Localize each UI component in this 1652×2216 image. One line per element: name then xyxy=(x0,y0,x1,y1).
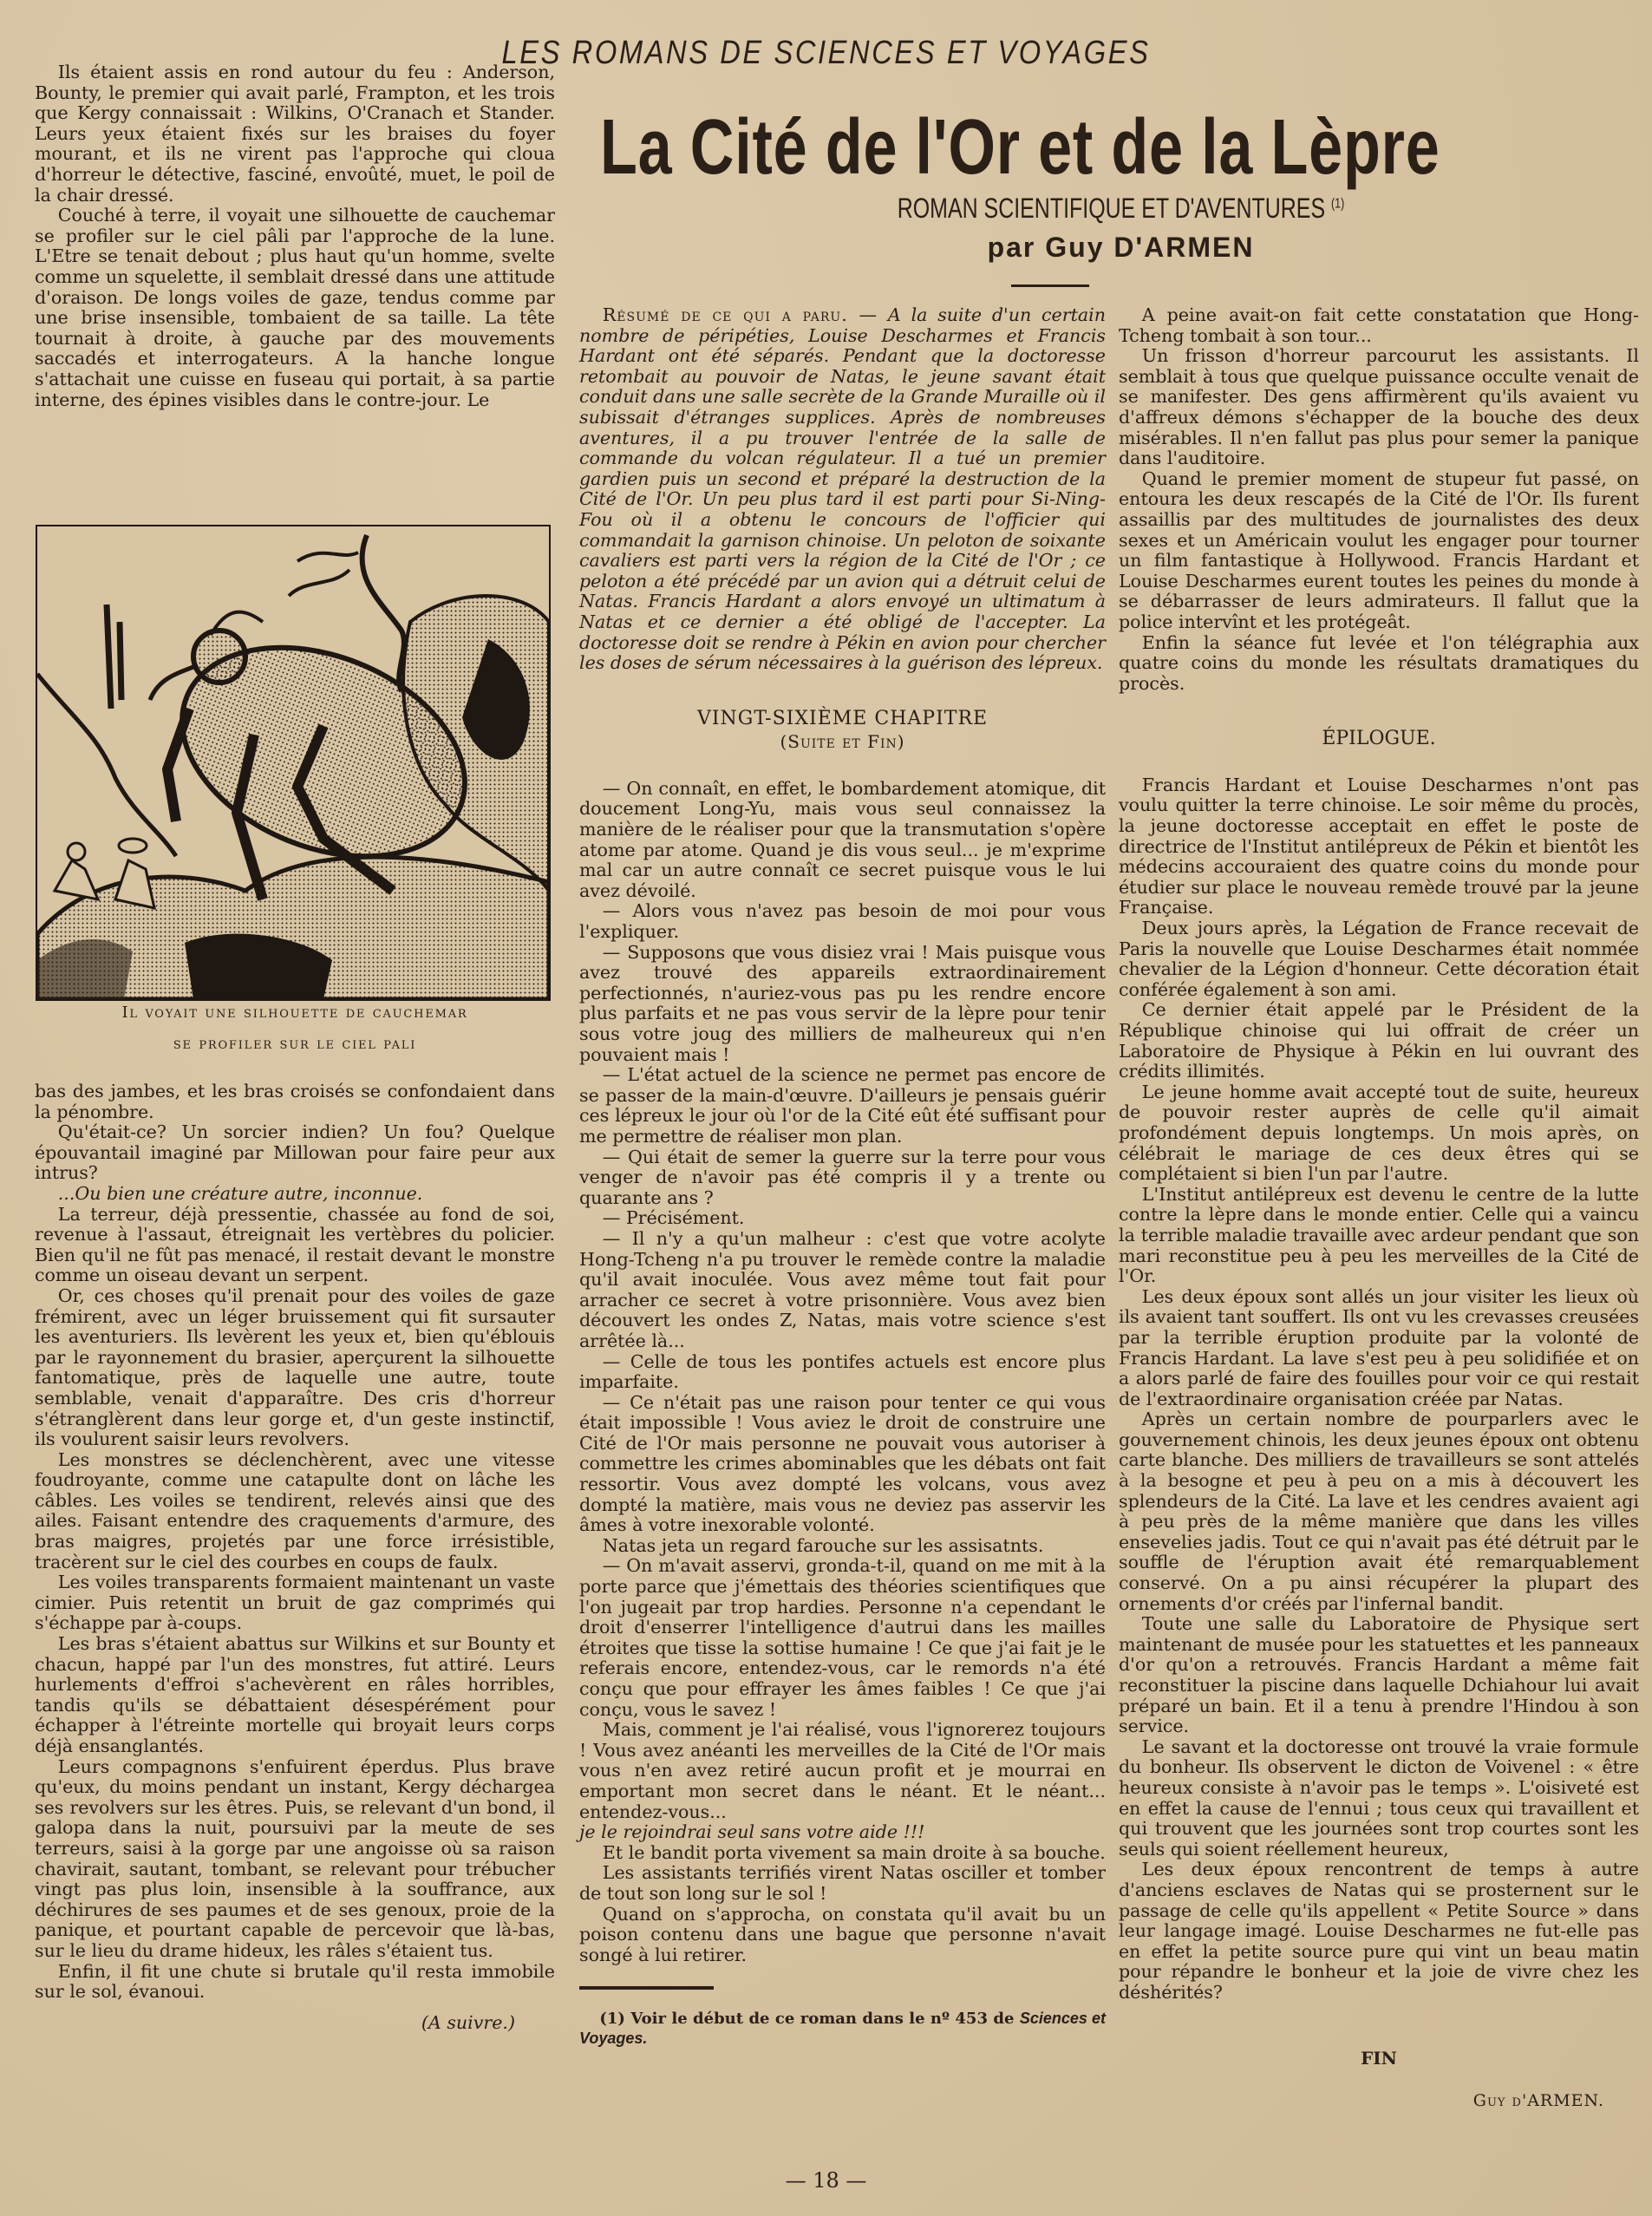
chapter-subtitle: (Suite et Fin) xyxy=(579,732,1106,753)
paragraph: Le jeune homme avait accepté tout de sui… xyxy=(1119,1082,1639,1185)
summary-lead: Résumé de ce qui a paru. — xyxy=(603,304,878,325)
paragraph: Un frisson d'horreur parcourut les assis… xyxy=(1119,346,1639,469)
paragraph: Deux jours après, la Légation de France … xyxy=(1119,918,1639,1000)
paragraph: Le savant et la doctoresse ont trouvé la… xyxy=(1119,1737,1639,1860)
illustration-icon xyxy=(37,526,549,999)
left-column-continued: bas des jambes, et les bras croisés se c… xyxy=(35,1082,555,2033)
paragraph: Quand on s'approcha, on constata qu'il a… xyxy=(579,1905,1106,1966)
illustration-caption: Il voyait une silhouette de cauchemar se… xyxy=(35,997,555,1060)
paragraph: Couché à terre, il voyait une silhouette… xyxy=(35,206,555,410)
caption-line: Il voyait une silhouette de cauchemar xyxy=(35,997,555,1029)
summary-text: A la suite d'un certain nombre de péripé… xyxy=(579,304,1106,673)
continued-note: (A suivre.) xyxy=(35,2013,515,2034)
epilogue-title: ÉPILOGUE. xyxy=(1119,729,1639,749)
paragraph: Les voiles transparents formaient mainte… xyxy=(35,1572,555,1634)
paragraph: Les monstres se déclenchèrent, avec une … xyxy=(35,1450,555,1573)
paragraph: — Il n'y a qu'un malheur : c'est que vot… xyxy=(579,1229,1106,1352)
paragraph: — On m'avait asservi, gronda-t-il, quand… xyxy=(579,1556,1106,1720)
right-column: A peine avait-on fait cette constatation… xyxy=(1119,305,1639,2112)
italic-line: je le rejoindrai seul sans votre aide !!… xyxy=(579,1822,1106,1843)
paragraph: L'Institut antilépreux est devenu le cen… xyxy=(1119,1185,1639,1287)
paragraph: — Supposons que vous disiez vrai ! Mais … xyxy=(579,943,1106,1066)
footnote-text: (1) Voir le début de ce roman dans le nº… xyxy=(599,2010,1014,2028)
divider xyxy=(1011,284,1089,287)
article-title: La Cité de l'Or et de la Lèpre xyxy=(600,104,1420,191)
footnote: (1) Voir le début de ce roman dans le nº… xyxy=(579,2009,1106,2049)
paragraph: Ce dernier était appelé par le Président… xyxy=(1119,1000,1639,1082)
paragraph: Mais, comment je l'ai réalisé, vous l'ig… xyxy=(579,1720,1106,1822)
author-signature: Guy d'ARMEN. xyxy=(1119,2091,1604,2112)
paragraph: — Alors vous n'avez pas besoin de moi po… xyxy=(579,901,1106,942)
paragraph: Enfin, il fit une chute si brutale qu'il… xyxy=(35,1962,555,2003)
paragraph: — On connaît, en effet, le bombardement … xyxy=(579,779,1106,902)
paragraph: Or, ces choses qu'il prenait pour des vo… xyxy=(35,1286,555,1450)
paragraph: — Ce n'était pas une raison pour tenter … xyxy=(579,1393,1106,1536)
paragraph: Leurs compagnons s'enfuirent éperdus. Pl… xyxy=(35,1757,555,1962)
paragraph: Toute une salle du Laboratoire de Physiq… xyxy=(1119,1614,1639,1737)
left-column: Ils étaient assis en rond autour du feu … xyxy=(35,62,555,410)
paragraph: Les assistants terrifiés virent Natas os… xyxy=(579,1863,1106,1904)
paragraph: — Qui était de semer la guerre sur la te… xyxy=(579,1147,1106,1209)
paragraph: Qu'était-ce? Un sorcier indien? Un fou? … xyxy=(35,1122,555,1184)
paragraph: Les bras s'étaient abattus sur Wilkins e… xyxy=(35,1634,555,1757)
article-header: La Cité de l'Or et de la Lèpre ROMAN SCI… xyxy=(590,104,1652,287)
paragraph: — Celle de tous les pontifes actuels est… xyxy=(579,1352,1106,1393)
caption-line: se profiler sur le ciel pali xyxy=(35,1029,555,1060)
paragraph: Les deux époux rencontrent de temps à au… xyxy=(1119,1860,1639,2003)
paragraph: Et le bandit porta vivement sa main droi… xyxy=(579,1843,1106,1864)
end-marker: FIN xyxy=(1119,2049,1639,2069)
paragraph: Les deux époux sont allés un jour visite… xyxy=(1119,1287,1639,1410)
footnote-divider xyxy=(579,1986,714,1990)
footnote-ref: (1) xyxy=(1331,196,1344,211)
chapter-title: VINGT-SIXIÈME CHAPITRE xyxy=(579,709,1106,729)
paragraph: La terreur, déjà pressentie, chassée au … xyxy=(35,1205,555,1286)
paragraph: ...Ou bien une créature autre, inconnue. xyxy=(35,1184,555,1205)
paragraph: Natas jeta un regard farouche sur les as… xyxy=(579,1536,1106,1557)
paragraph: Après un certain nombre de pourparlers a… xyxy=(1119,1409,1639,1614)
byline: par Guy D'ARMEN xyxy=(590,232,1652,264)
paragraph: Quand le premier moment de stupeur fut p… xyxy=(1119,469,1639,633)
page-number: — 18 — xyxy=(0,2168,1652,2193)
article-subtitle: ROMAN SCIENTIFIQUE ET D'AVENTURES (1) xyxy=(707,193,1536,225)
giant-insect-illustration xyxy=(36,525,551,1001)
subtitle-text: ROMAN SCIENTIFIQUE ET D'AVENTURES xyxy=(898,193,1325,224)
paragraph: Ils étaient assis en rond autour du feu … xyxy=(35,62,555,206)
paragraph: bas des jambes, et les bras croisés se c… xyxy=(35,1082,555,1122)
paragraph: Enfin la séance fut levée et l'on télégr… xyxy=(1119,633,1639,695)
middle-column: Résumé de ce qui a paru. — A la suite d'… xyxy=(579,305,1106,2049)
paragraph: Francis Hardant et Louise Descharmes n'o… xyxy=(1119,775,1639,918)
paragraph: — Précisément. xyxy=(579,1208,1106,1229)
summary-paragraph: Résumé de ce qui a paru. — A la suite d'… xyxy=(579,305,1106,674)
paragraph: — L'état actuel de la science ne permet … xyxy=(579,1065,1106,1147)
paragraph: A peine avait-on fait cette constatation… xyxy=(1119,305,1639,346)
